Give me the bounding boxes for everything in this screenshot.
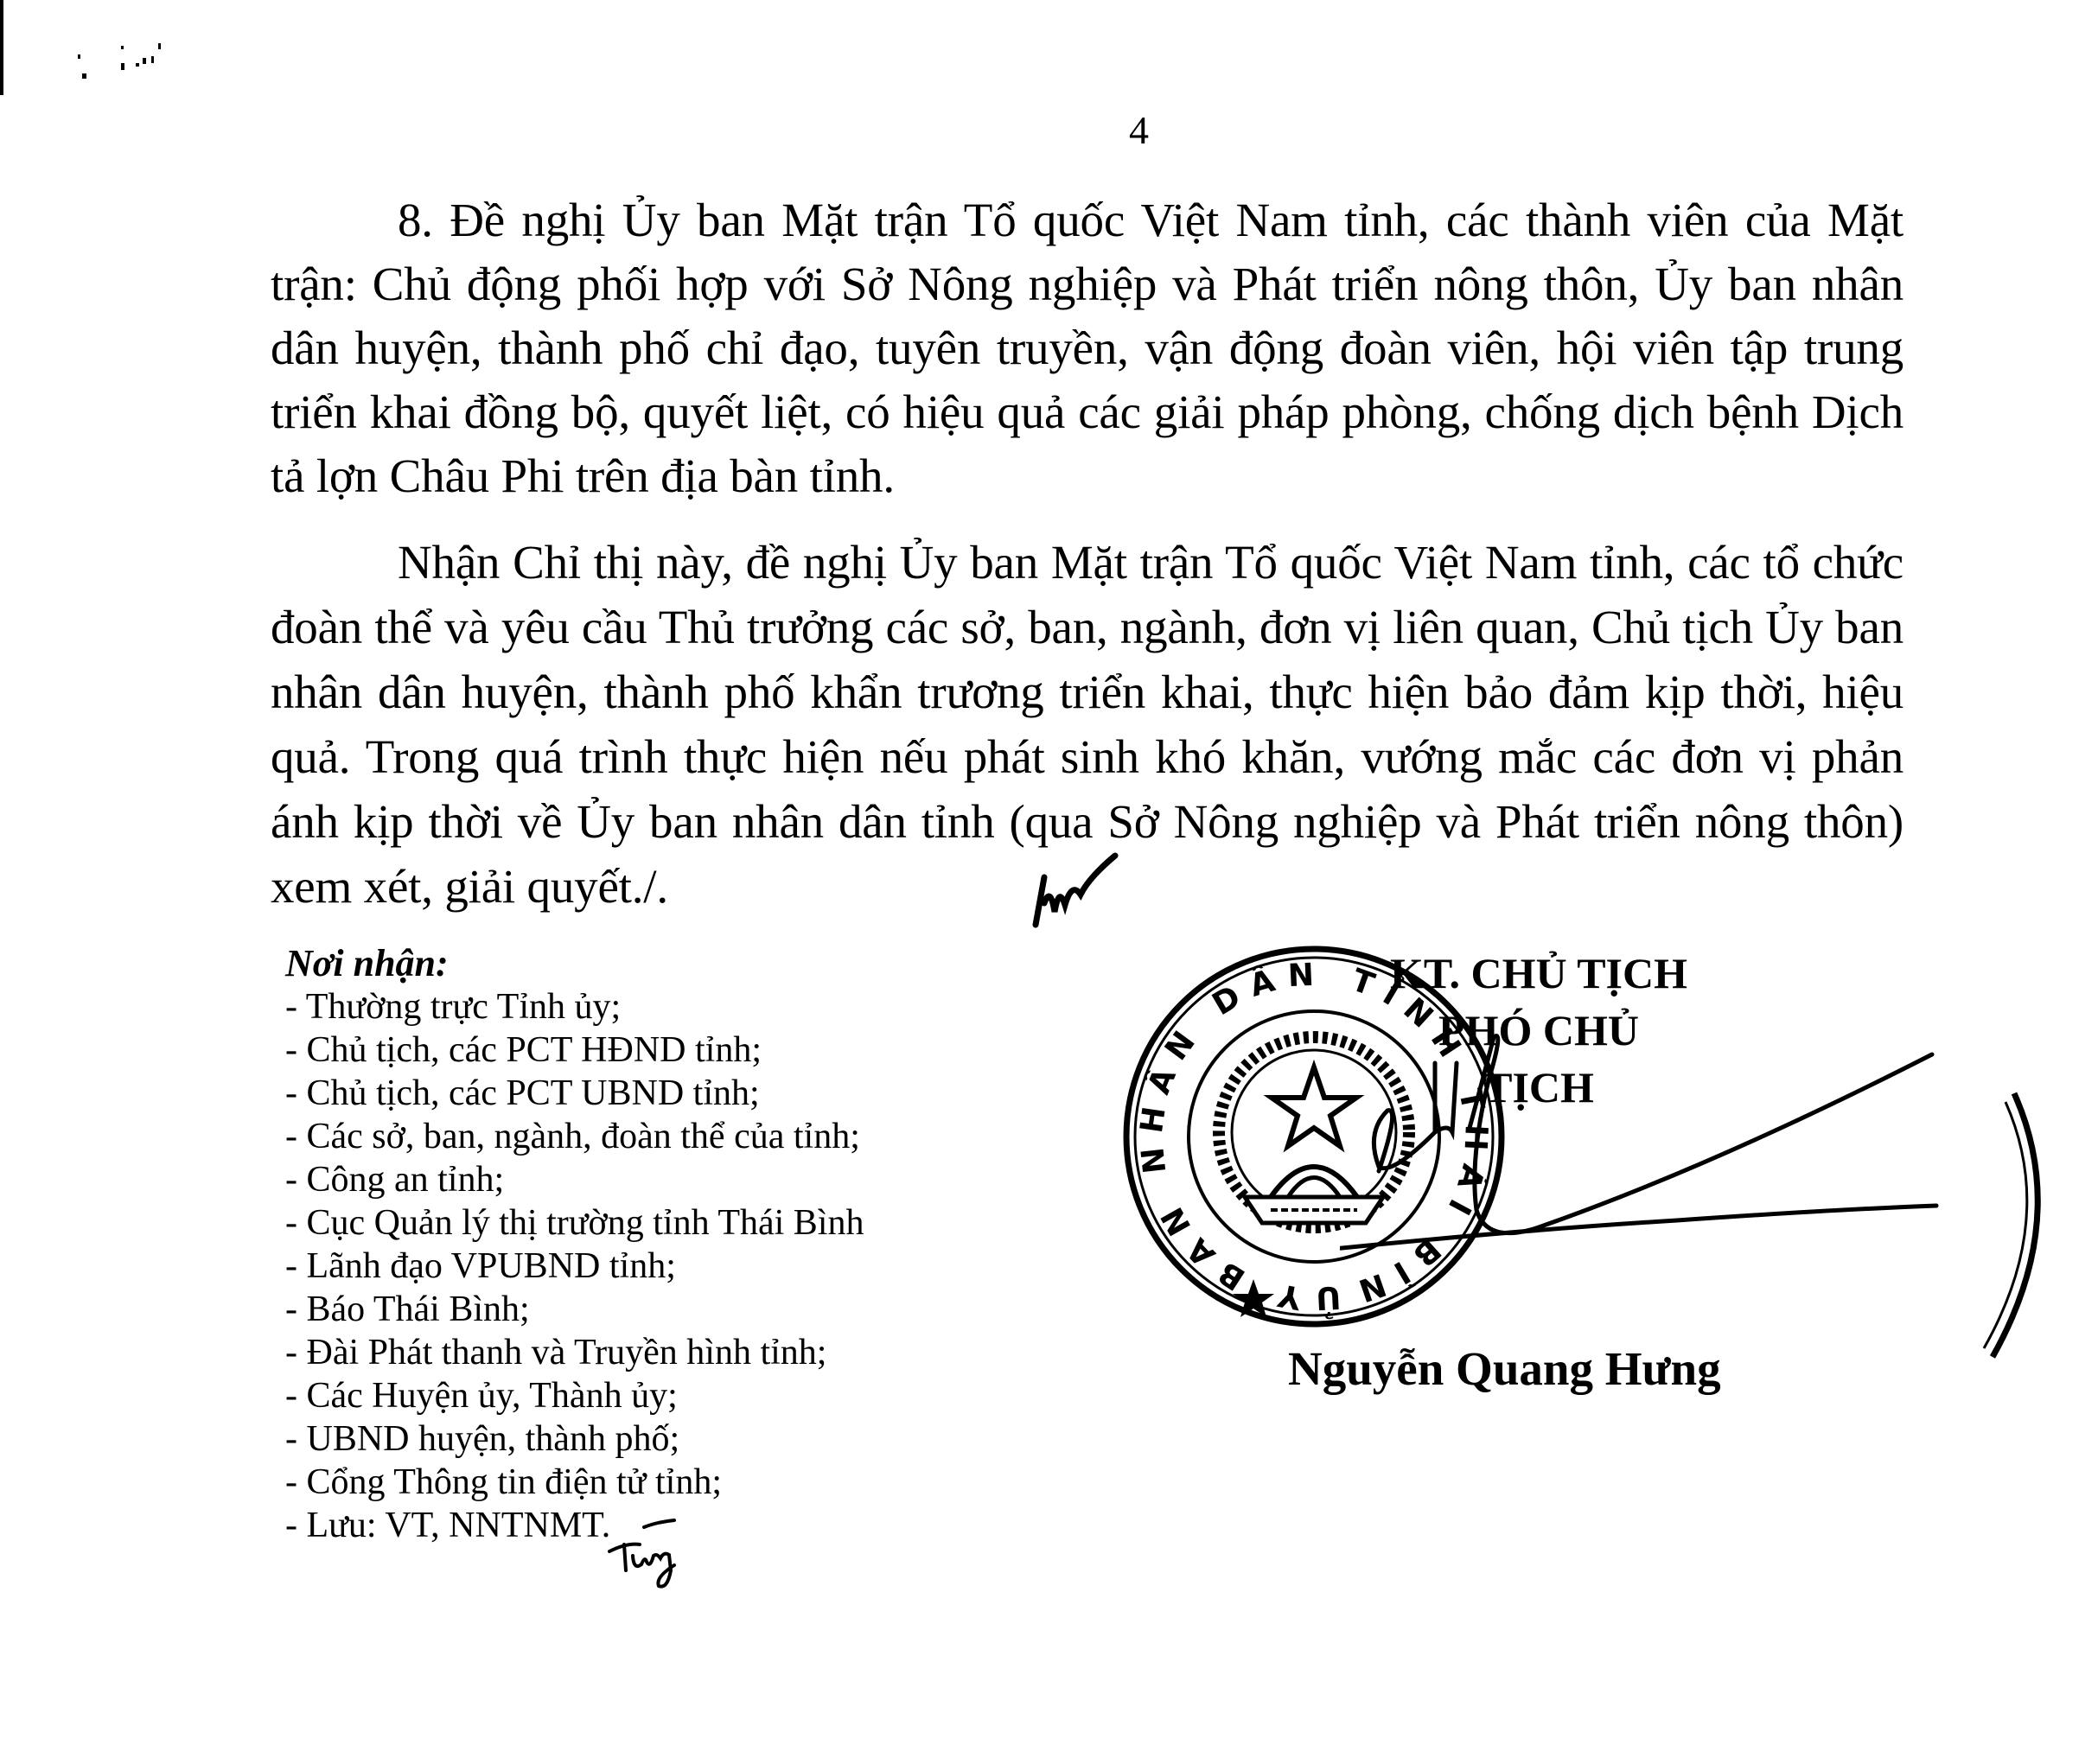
signer-name: Nguyễn Quang Hưng xyxy=(1288,1345,1721,1392)
recipient-item: - UBND huyện, thành phố; xyxy=(285,1417,864,1461)
recipients-title: Nơi nhận: xyxy=(285,942,864,985)
recipient-item: - Lưu: VT, NNTNMT. xyxy=(285,1504,864,1547)
recipients-block: Nơi nhận: - Thường trực Tỉnh ủy; - Chủ t… xyxy=(285,942,864,1547)
clerk-initial-handwriting xyxy=(605,1517,717,1595)
handwritten-signature xyxy=(1340,1028,1971,1288)
signer-title-primary: KT. CHỦ TỊCH xyxy=(1279,945,1694,1002)
recipient-item: - Cục Quản lý thị trường tỉnh Thái Bình xyxy=(285,1201,864,1245)
recipient-item: - Báo Thái Bình; xyxy=(285,1288,864,1331)
paragraph-item-8: 8. Đề nghị Ủy ban Mặt trận Tổ quốc Việt … xyxy=(271,188,1904,508)
page-number: 4 xyxy=(1129,111,1149,150)
recipients-list: - Thường trực Tỉnh ủy; - Chủ tịch, các P… xyxy=(285,985,864,1547)
scan-edge-mark xyxy=(0,0,3,95)
recipient-item: - Chủ tịch, các PCT UBND tỉnh; xyxy=(285,1072,864,1115)
scan-specks xyxy=(73,39,229,91)
recipient-item: - Thường trực Tỉnh ủy; xyxy=(285,985,864,1028)
recipient-item: - Các Huyện ủy, Thành ủy; xyxy=(285,1374,864,1417)
recipient-item: - Các sở, ban, ngành, đoàn thể của tỉnh; xyxy=(285,1115,864,1158)
recipient-item: - Lãnh đạo VPUBND tỉnh; xyxy=(285,1245,864,1288)
recipient-item: - Công an tỉnh; xyxy=(285,1158,864,1201)
recipient-item: - Chủ tịch, các PCT HĐND tỉnh; xyxy=(285,1028,864,1072)
initial-signature-mark xyxy=(1020,851,1124,933)
margin-seal-fragment: THÁI xyxy=(1971,1089,2066,1366)
recipient-item: - Đài Phát thanh và Truyền hình tỉnh; xyxy=(285,1331,864,1374)
recipient-item: - Cổng Thông tin điện tử tỉnh; xyxy=(285,1461,864,1504)
